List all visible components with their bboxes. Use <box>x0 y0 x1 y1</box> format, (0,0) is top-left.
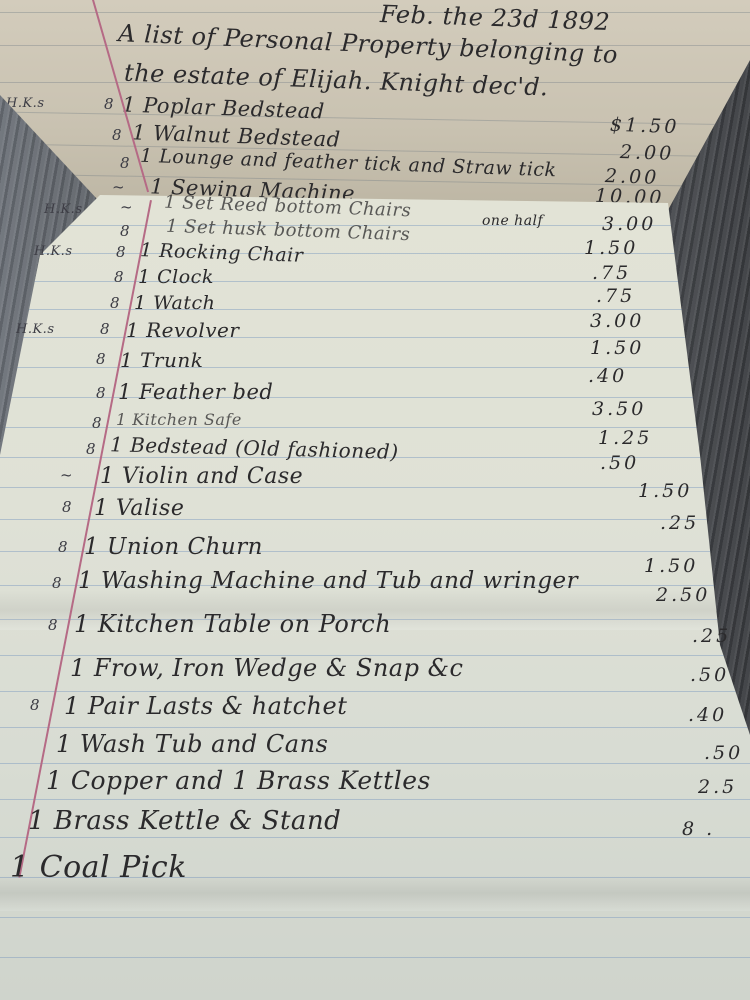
item-description: 1 Wash Tub and Cans <box>56 730 328 758</box>
check-mark: ~ <box>120 198 133 216</box>
check-mark: 8 <box>110 294 120 312</box>
check-mark: 8 <box>30 696 40 714</box>
item-price: .40 <box>688 704 727 726</box>
check-mark: ~ <box>112 178 125 196</box>
item-description: 1 Coal Pick <box>10 850 187 885</box>
item-description: 1 Kitchen Table on Porch <box>74 610 391 638</box>
item-price: 3.00 <box>602 213 656 235</box>
item-description: 1 Washing Machine and Tub and wringer <box>78 568 578 594</box>
item-price: .25 <box>660 512 699 534</box>
item-description: 1 Feather bed <box>118 380 273 404</box>
upper-page: Feb. the 23d 1892 A list of Personal Pro… <box>0 0 750 210</box>
item-price: .75 <box>592 262 631 284</box>
item-description: 1 Brass Kettle & Stand <box>28 806 341 836</box>
item-price: 1.50 <box>638 480 692 502</box>
check-mark: 8 <box>96 350 106 368</box>
initials-mark: H.K.s <box>34 244 73 259</box>
item-description: 1 Trunk <box>120 348 203 372</box>
item-price: 1.50 <box>590 337 644 359</box>
item-price: 8 . <box>682 818 715 840</box>
item-price: 2.50 <box>656 584 710 606</box>
document-date: Feb. the 23d 1892 <box>380 0 611 36</box>
item-description: 1 Revolver <box>126 318 239 342</box>
item-note: one half <box>482 213 543 229</box>
check-mark: 8 <box>120 222 130 240</box>
item-price: .25 <box>692 625 731 647</box>
item-description: 1 Pair Lasts & hatchet <box>64 692 347 720</box>
check-mark: 8 <box>92 414 102 432</box>
item-description: 1 Violin and Case <box>100 464 303 489</box>
item-price: 1.25 <box>598 427 652 449</box>
check-mark: 8 <box>52 574 62 592</box>
item-description: 1 Copper and 1 Brass Kettles <box>46 766 431 795</box>
check-mark: 8 <box>48 616 58 634</box>
item-price: 1.50 <box>644 555 698 577</box>
item-price: 3.50 <box>592 398 646 420</box>
check-mark: 8 <box>104 95 114 113</box>
item-price: .75 <box>596 285 635 307</box>
item-description: 1 Union Churn <box>84 534 263 560</box>
item-description: 1 Valise <box>94 496 184 521</box>
check-mark: 8 <box>120 154 130 172</box>
item-price: .50 <box>690 664 729 686</box>
item-price: 1.50 <box>584 237 638 259</box>
check-mark: 8 <box>96 384 106 402</box>
item-description: 1 Frow, Iron Wedge & Snap &c <box>70 654 463 682</box>
initials-mark: H.K.s <box>16 322 55 337</box>
item-description: 1 Clock <box>138 266 214 288</box>
item-description: 1 Poplar Bedstead <box>122 92 325 123</box>
check-mark: 8 <box>58 538 68 556</box>
check-mark: 8 <box>86 440 96 458</box>
item-price: $1.50 <box>610 114 680 138</box>
item-price: 3.00 <box>590 310 644 332</box>
item-price: .40 <box>588 365 627 387</box>
item-price: 2.00 <box>620 141 675 165</box>
item-price: .50 <box>600 452 639 474</box>
check-mark: 8 <box>112 126 122 144</box>
initials-mark: H.K.s <box>44 202 83 217</box>
item-price: 2.5 <box>698 776 737 798</box>
check-mark: 8 <box>114 268 124 286</box>
check-mark: 8 <box>116 243 126 261</box>
check-mark: 8 <box>62 498 72 516</box>
item-price: .50 <box>704 742 743 764</box>
item-description: 1 Watch <box>134 292 215 314</box>
check-mark: 8 <box>100 320 110 338</box>
item-description: 1 Kitchen Safe <box>116 410 242 429</box>
check-mark: ~ <box>60 466 73 484</box>
